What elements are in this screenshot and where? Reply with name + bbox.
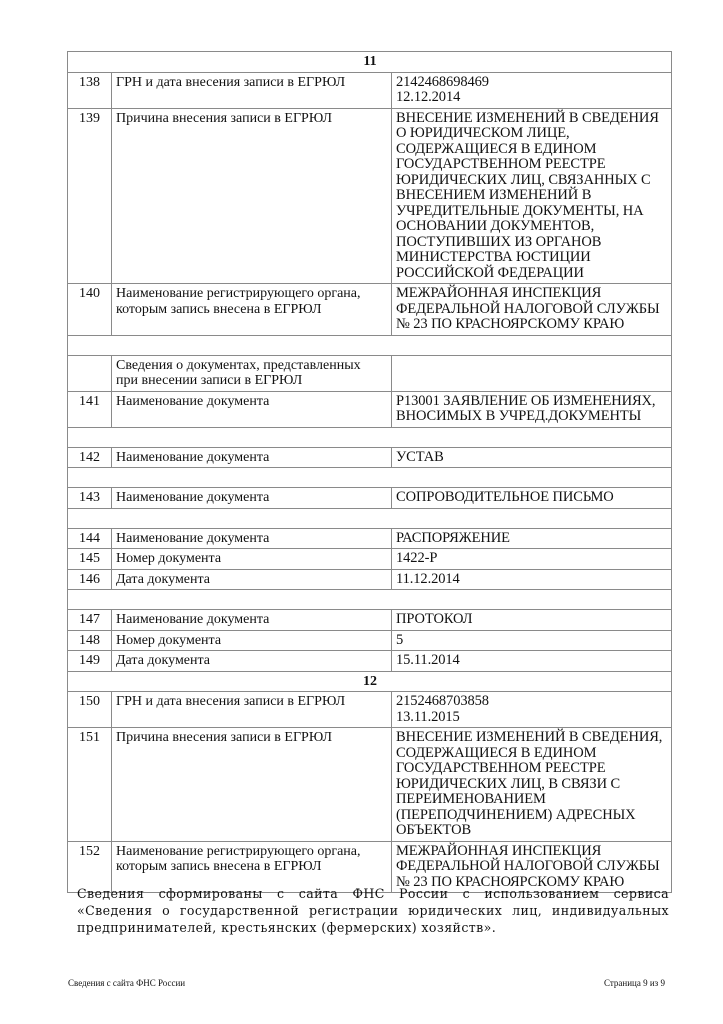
row-label: Причина внесения записи в ЕГРЮЛ xyxy=(112,108,392,284)
table-row: 145Номер документа1422-Р xyxy=(68,549,672,570)
row-value: РАСПОРЯЖЕНИЕ xyxy=(392,528,672,549)
section-header: 12 xyxy=(68,671,672,692)
row-value: МЕЖРАЙОННАЯ ИНСПЕКЦИЯ ФЕДЕРАЛЬНОЙ НАЛОГО… xyxy=(392,284,672,336)
section-number: 11 xyxy=(68,52,672,73)
table-row: 144Наименование документаРАСПОРЯЖЕНИЕ xyxy=(68,528,672,549)
spacer-row xyxy=(68,468,672,488)
row-value: ПРОТОКОЛ xyxy=(392,610,672,631)
row-value xyxy=(392,355,672,391)
row-number: 151 xyxy=(68,728,112,842)
row-value: 1422-Р xyxy=(392,549,672,570)
records-body: 11138ГРН и дата внесения записи в ЕГРЮЛ2… xyxy=(68,52,672,893)
row-value: 2152468703858 13.11.2015 xyxy=(392,692,672,728)
spacer-row xyxy=(68,590,672,610)
row-value: УСТАВ xyxy=(392,447,672,468)
table-row: 141Наименование документаР13001 ЗАЯВЛЕНИ… xyxy=(68,391,672,427)
row-label: Сведения о документах, представленных пр… xyxy=(112,355,392,391)
row-label: Номер документа xyxy=(112,549,392,570)
footer-source: Сведения с сайта ФНС России xyxy=(68,978,185,988)
table-row: 150ГРН и дата внесения записи в ЕГРЮЛ215… xyxy=(68,692,672,728)
row-number: 141 xyxy=(68,391,112,427)
spacer-row xyxy=(68,335,672,355)
table-row: 151Причина внесения записи в ЕГРЮЛВНЕСЕН… xyxy=(68,728,672,842)
spacer-row xyxy=(68,508,672,528)
spacer-cell xyxy=(68,508,672,528)
row-label: Наименование документа xyxy=(112,610,392,631)
section-number: 12 xyxy=(68,671,672,692)
row-number: 144 xyxy=(68,528,112,549)
row-label: ГРН и дата внесения записи в ЕГРЮЛ xyxy=(112,72,392,108)
table-row: Сведения о документах, представленных пр… xyxy=(68,355,672,391)
row-label: Номер документа xyxy=(112,630,392,651)
row-number: 139 xyxy=(68,108,112,284)
spacer-row xyxy=(68,427,672,447)
row-value: ВНЕСЕНИЕ ИЗМЕНЕНИЙ В СВЕДЕНИЯ, СОДЕРЖАЩИ… xyxy=(392,728,672,842)
table-row: 148Номер документа5 xyxy=(68,630,672,651)
section-header: 11 xyxy=(68,52,672,73)
row-label: ГРН и дата внесения записи в ЕГРЮЛ xyxy=(112,692,392,728)
row-number: 145 xyxy=(68,549,112,570)
row-label: Наименование документа xyxy=(112,528,392,549)
row-number: 138 xyxy=(68,72,112,108)
row-label: Наименование документа xyxy=(112,447,392,468)
table-row: 146Дата документа11.12.2014 xyxy=(68,569,672,590)
row-label: Дата документа xyxy=(112,651,392,672)
row-label: Наименование документа xyxy=(112,488,392,509)
row-number xyxy=(68,355,112,391)
row-number: 150 xyxy=(68,692,112,728)
row-number: 148 xyxy=(68,630,112,651)
row-value: 15.11.2014 xyxy=(392,651,672,672)
spacer-cell xyxy=(68,427,672,447)
spacer-cell xyxy=(68,590,672,610)
row-number: 143 xyxy=(68,488,112,509)
row-label: Наименование документа xyxy=(112,391,392,427)
table-row: 142Наименование документаУСТАВ xyxy=(68,447,672,468)
row-number: 142 xyxy=(68,447,112,468)
table-row: 149Дата документа15.11.2014 xyxy=(68,651,672,672)
row-value: Р13001 ЗАЯВЛЕНИЕ ОБ ИЗМЕНЕНИЯХ, ВНОСИМЫХ… xyxy=(392,391,672,427)
row-value: ВНЕСЕНИЕ ИЗМЕНЕНИЙ В СВЕДЕНИЯ О ЮРИДИЧЕС… xyxy=(392,108,672,284)
row-label: Причина внесения записи в ЕГРЮЛ xyxy=(112,728,392,842)
page-number: Страница 9 из 9 xyxy=(604,978,665,988)
row-value: 5 xyxy=(392,630,672,651)
row-number: 149 xyxy=(68,651,112,672)
row-value: СОПРОВОДИТЕЛЬНОЕ ПИСЬМО xyxy=(392,488,672,509)
row-label: Дата документа xyxy=(112,569,392,590)
egrul-records-table: 11138ГРН и дата внесения записи в ЕГРЮЛ2… xyxy=(67,51,672,893)
row-number: 140 xyxy=(68,284,112,336)
table-row: 138ГРН и дата внесения записи в ЕГРЮЛ214… xyxy=(68,72,672,108)
table-row: 139Причина внесения записи в ЕГРЮЛВНЕСЕН… xyxy=(68,108,672,284)
row-number: 147 xyxy=(68,610,112,631)
table-row: 140Наименование регистрирующего органа, … xyxy=(68,284,672,336)
row-number: 146 xyxy=(68,569,112,590)
row-value: 2142468698469 12.12.2014 xyxy=(392,72,672,108)
source-note: Сведения сформированы с сайта ФНС России… xyxy=(77,885,669,936)
table-row: 147Наименование документаПРОТОКОЛ xyxy=(68,610,672,631)
spacer-cell xyxy=(68,468,672,488)
row-value: 11.12.2014 xyxy=(392,569,672,590)
row-label: Наименование регистрирующего органа, кот… xyxy=(112,284,392,336)
spacer-cell xyxy=(68,335,672,355)
table-row: 143Наименование документаСОПРОВОДИТЕЛЬНО… xyxy=(68,488,672,509)
